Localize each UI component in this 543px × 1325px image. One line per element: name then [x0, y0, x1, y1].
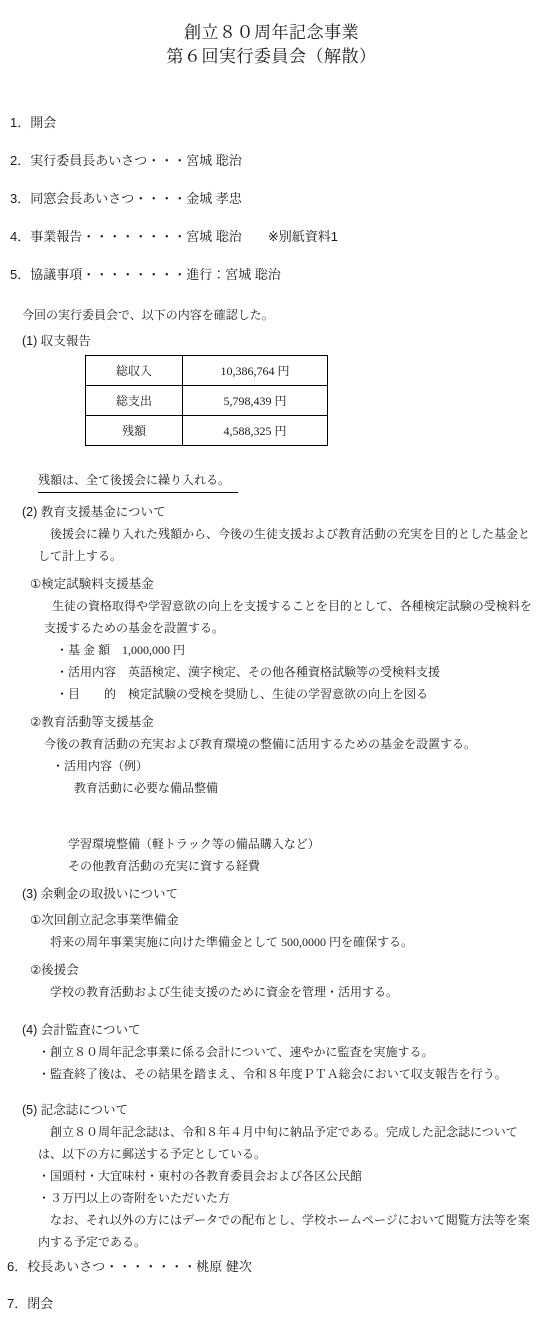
balance-row-expense-label: 総支出: [86, 386, 183, 416]
section4-heading: (4) 会計監査について: [22, 1021, 543, 1039]
table-row: 総支出 5,798,439 円: [86, 386, 328, 416]
agenda-item-3-alumni-greeting: 3．同窓会長あいさつ・・・・金城 孝忠: [10, 190, 543, 208]
surplus-item2-body: 学校の教育活動および生徒支援のために資金を管理・活用する。: [50, 981, 535, 1003]
agenda-item-2-chair-greeting: 2．実行委員長あいさつ・・・宮城 聡治: [10, 152, 543, 170]
audit-bullet-2: ・監査終了後は、その結果を踏まえ、令和８年度ＰＴＡ総会において収支報告を行う。: [38, 1063, 535, 1085]
balance-row-expense-value: 5,798,439 円: [183, 386, 328, 416]
document-title: 創立８０周年記念事業 第６回実行委員会（解散）: [0, 0, 543, 69]
fund2-example-other: その他教育活動の充実に資する経費: [68, 855, 535, 877]
document-title-line2: 第６回実行委員会（解散）: [0, 45, 543, 69]
closing-agenda: 6．校長あいさつ・・・・・・・桃原 健次 7．閉会: [0, 1258, 543, 1313]
surplus-item1-heading: ①次回創立記念事業準備金: [30, 911, 543, 929]
fund1-body: 生徒の資格取得や学習意欲の向上を支援することを目的として、各種検定試験の受検料を…: [44, 595, 535, 639]
booklet-body1: 創立８０周年記念誌は、令和８年４月中旬に納品予定である。完成した記念誌については…: [38, 1121, 535, 1165]
agenda-item-7-closing: 7．閉会: [7, 1295, 543, 1313]
fund2-example-equipment: 教育活動に必要な備品整備: [74, 777, 535, 799]
agenda-item-6-principal-greeting: 6．校長あいさつ・・・・・・・桃原 健次: [7, 1258, 543, 1276]
fund2-heading: ②教育活動等支援基金: [30, 713, 543, 731]
surplus-item1-body: 将来の周年事業実施に向けた準備金として 500,0000 円を確保する。: [50, 931, 535, 953]
balance-row-income-value: 10,386,764 円: [183, 356, 328, 386]
balance-row-remainder-label: 残額: [86, 416, 183, 446]
fund2-example-environment: 学習環境整備（軽トラック等の備品購入など）: [68, 833, 535, 855]
discussion-section: 今回の実行委員会で、以下の内容を確認した。 (1) 収支報告 総収入 10,38…: [0, 304, 543, 1253]
fund2-usage-label: ・活用内容（例）: [52, 755, 535, 777]
agenda-list: 1．開会 2．実行委員長あいさつ・・・宮城 聡治 3．同窓会長あいさつ・・・・金…: [0, 114, 543, 284]
blank-gap: [0, 799, 543, 833]
fund2-body: 今後の教育活動の充実および教育環境の整備に活用するための基金を設置する。: [44, 733, 535, 755]
section2-heading: (2) 教育支援基金について: [22, 503, 543, 521]
agenda-item-1-opening: 1．開会: [10, 114, 543, 132]
document-page: 創立８０周年記念事業 第６回実行委員会（解散） 1．開会 2．実行委員長あいさつ…: [0, 0, 543, 1325]
booklet-recipient-1: ・国頭村・大宜味村・東村の各教育委員会および各区公民館: [38, 1165, 535, 1187]
fund1-usage: ・活用内容 英語検定、漢字検定、その他各種資格試験等の受検料支援: [56, 661, 535, 683]
agenda-item-4-business-report: 4．事業報告・・・・・・・・宮城 聡治 ※別紙資料1: [10, 228, 543, 246]
agenda-item-5-discussion: 5．協議事項・・・・・・・・進行：宮城 聡治: [10, 266, 543, 284]
table-row: 残額 4,588,325 円: [86, 416, 328, 446]
audit-bullet-1: ・創立８０周年記念事業に係る会計について、速やかに監査を実施する。: [38, 1041, 535, 1063]
balance-table: 総収入 10,386,764 円 総支出 5,798,439 円 残額 4,58…: [85, 355, 328, 446]
audit-bullets: ・創立８０周年記念事業に係る会計について、速やかに監査を実施する。 ・監査終了後…: [0, 1041, 543, 1085]
section1-heading: (1) 収支報告: [22, 332, 543, 350]
fund1-heading: ①検定試験料支援基金: [30, 575, 543, 593]
table-row: 総収入 10,386,764 円: [86, 356, 328, 386]
section2-body: 後援会に繰り入れた残額から、今後の生徒支援および教育活動の充実を目的とした基金と…: [38, 523, 535, 567]
section3-heading: (3) 余剰金の取扱いについて: [22, 885, 543, 903]
balance-row-income-label: 総収入: [86, 356, 183, 386]
booklet-recipient-2: ・３万円以上の寄附をいただいた方: [38, 1187, 535, 1209]
section5-heading: (5) 記念誌について: [22, 1101, 543, 1119]
document-title-line1: 創立８０周年記念事業: [0, 21, 543, 45]
fund1-amount: ・基 金 額 1,000,000 円: [56, 639, 535, 661]
remainder-note-underlined-text: 残額は、全て後援会に繰り入れる。: [38, 469, 238, 493]
balance-row-remainder-value: 4,588,325 円: [183, 416, 328, 446]
surplus-item2-heading: ②後援会: [30, 961, 543, 979]
booklet-body2: なお、それ以外の方にはデータでの配布とし、学校ホームページにおいて閲覧方法等を案…: [38, 1209, 535, 1253]
remainder-note: 残額は、全て後援会に繰り入れる。: [38, 469, 543, 493]
discussion-intro: 今回の実行委員会で、以下の内容を確認した。: [22, 304, 543, 326]
fund1-purpose: ・目 的 検定試験の受検を奨励し、生徒の学習意欲の向上を図る: [56, 683, 535, 705]
